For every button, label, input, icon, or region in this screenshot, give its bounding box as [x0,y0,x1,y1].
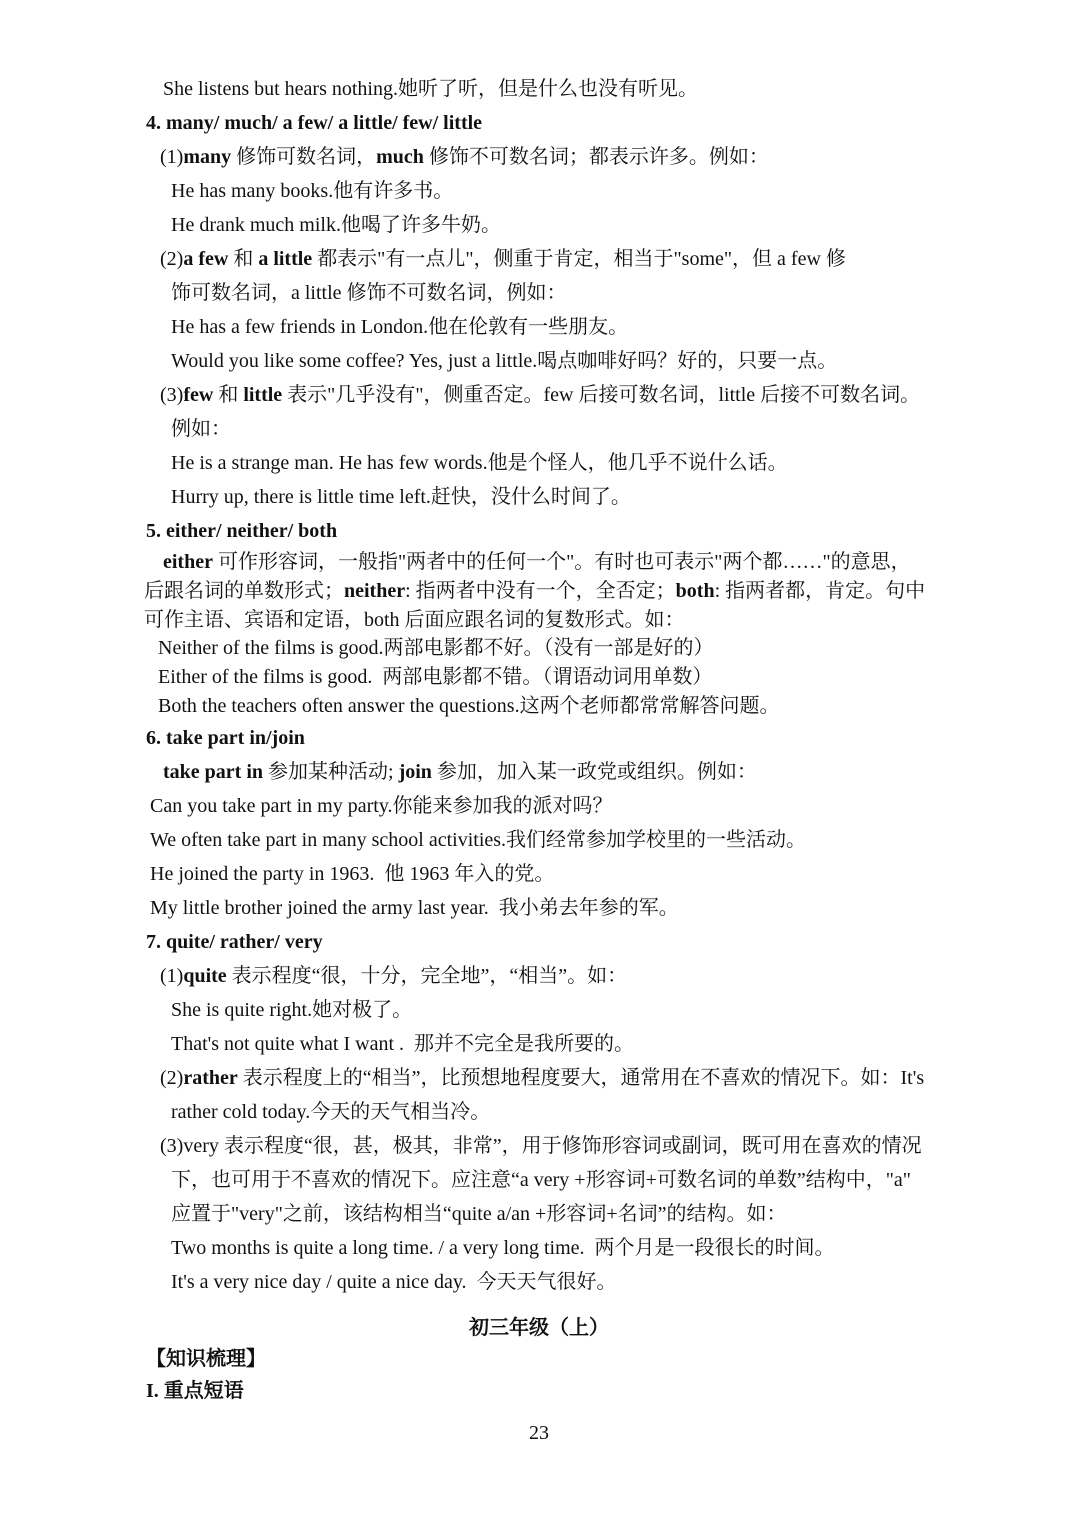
text-segment: (2) [160,1067,183,1089]
emphasis-text: join [399,761,432,783]
text-line: (1)quite 表示程度“很，十分，完全地”，“相当”。如： [144,959,1080,993]
text-line: (3)few 和 little 表示"几乎没有"，侧重否定。few 后接可数名词… [144,378,1080,412]
text-segment: Neither of the films is good.两部电影都不好。（没有… [158,637,714,659]
text-segment: 表示程度“很，十分，完全地”，“相当”。如： [227,965,628,987]
text-line: 后跟名词的单数形式；neither: 指两者中没有一个，全否定；both: 指两… [144,577,1080,606]
page-number: 23 [144,1416,934,1450]
text-segment: 【知识梳理】 [146,1348,266,1370]
text-line: take part in 参加某种活动; join 参加，加入某一政党或组织。例… [144,755,1080,789]
text-line: Two months is quite a long time. / a ver… [144,1231,1080,1265]
text-segment: Hurry up, there is little time left.赶快，没… [171,486,631,508]
document-body: She listens but hears nothing.她听了听，但是什么也… [0,0,1080,1408]
text-line: (2)a few 和 a little 都表示"有一点儿"，侧重于肯定，相当于"… [144,242,1080,276]
emphasis-text: neither [344,580,405,602]
text-segment: 可作主语、宾语和定语，both 后面应跟名词的复数形式。如： [144,609,685,631]
text-segment: 都表示"有一点儿"，侧重于肯定，相当于"some"，但 a few 修 [312,248,846,270]
text-segment: (2) [160,248,183,270]
text-segment: She listens but hears nothing.她听了听，但是什么也… [163,78,698,100]
text-segment: It's a very nice day / quite a nice day.… [171,1271,617,1293]
text-segment: 7. quite/ rather/ very [146,931,323,953]
text-line: 应置于"very"之前，该结构相当“quite a/an +形容词+名词”的结构… [144,1197,1080,1231]
text-segment: 参加，加入某一政党或组织。例如： [432,761,757,783]
text-segment: 表示"几乎没有"，侧重否定。few 后接可数名词，little 后接不可数名词。 [282,384,920,406]
text-line: Both the teachers often answer the quest… [144,692,1080,721]
text-segment: My little brother joined the army last y… [150,897,679,919]
text-segment: He has a few friends in London.他在伦敦有一些朋友… [171,316,628,338]
text-segment: I. 重点短语 [146,1380,244,1402]
text-line: My little brother joined the army last y… [144,891,1080,925]
text-segment: 5. either/ neither/ both [146,520,337,542]
text-segment: 例如： [171,418,231,440]
text-segment: 下，也可用于不喜欢的情况下。应注意“a very +形容词+可数名词的单数”结构… [171,1169,911,1191]
text-segment: We often take part in many school activi… [150,829,806,851]
knowledge-review-heading: 【知识梳理】 [144,1345,1080,1374]
text-segment: (3) [160,384,183,406]
text-line: 饰可数名词，a little 修饰不可数名词，例如： [144,276,1080,310]
text-segment: 修饰可数名词， [231,146,376,168]
text-line: Either of the films is good. 两部电影都不错。（谓语… [144,663,1080,692]
text-segment: 饰可数名词，a little 修饰不可数名词，例如： [171,282,567,304]
section-heading-4: 4. many/ much/ a few/ a little/ few/ lit… [144,106,1080,140]
text-line: He has a few friends in London.他在伦敦有一些朋友… [144,310,1080,344]
text-line: Hurry up, there is little time left.赶快，没… [144,480,1080,514]
text-line: (3)very 表示程度“很，甚，极其，非常”，用于修饰形容词或副词，既可用在喜… [144,1129,1080,1163]
text-segment: 表示程度上的“相当”，比预想地程度要大，通常用在不喜欢的情况下。如：It's [238,1067,924,1089]
emphasis-text: either [163,551,213,573]
section-heading-6: 6. take part in/join [144,721,1080,755]
text-line: Neither of the films is good.两部电影都不好。（没有… [144,634,1080,663]
text-line: 可作主语、宾语和定语，both 后面应跟名词的复数形式。如： [144,606,1080,635]
text-segment: 6. take part in/join [146,727,305,749]
text-line: She listens but hears nothing.她听了听，但是什么也… [144,72,1080,106]
text-segment: rather cold today.今天的天气相当冷。 [171,1101,490,1123]
grade-title: 初三年级（上） [144,1311,934,1345]
section-heading-7: 7. quite/ rather/ very [144,925,1080,959]
emphasis-text: much [376,146,424,168]
text-segment: Two months is quite a long time. / a ver… [171,1237,835,1259]
text-line: He is a strange man. He has few words.他是… [144,446,1080,480]
text-segment: Both the teachers often answer the quest… [158,695,780,717]
text-segment: He has many books.他有许多书。 [171,180,453,202]
text-line: Would you like some coffee? Yes, just a … [144,344,1080,378]
text-segment: He is a strange man. He has few words.他是… [171,452,788,474]
emphasis-text: quite [183,965,226,987]
text-line: either 可作形容词，一般指"两者中的任何一个"。有时也可表示"两个都……"… [144,548,1080,577]
text-segment: (3)very 表示程度“很，甚，极其，非常”，用于修饰形容词或副词，既可用在喜… [160,1135,922,1157]
text-segment: 参加某种活动; [263,761,399,783]
emphasis-text: a little [258,248,312,270]
text-segment: She is quite right.她对极了。 [171,999,412,1021]
text-segment: 后跟名词的单数形式； [144,580,344,602]
text-line: She is quite right.她对极了。 [144,993,1080,1027]
text-segment: Either of the films is good. 两部电影都不错。（谓语… [158,666,712,688]
text-segment: That's not quite what I want . 那并不完全是我所要… [171,1033,634,1055]
text-segment: 初三年级（上） [469,1317,609,1339]
text-line: He drank much milk.他喝了许多牛奶。 [144,208,1080,242]
emphasis-text: a few [183,248,228,270]
text-segment: 4. many/ much/ a few/ a little/ few/ lit… [146,112,482,134]
text-segment: Can you take part in my party.你能来参加我的派对吗… [150,795,613,817]
emphasis-text: many [183,146,231,168]
text-segment: : 指两者都，肯定。句中 [715,580,926,602]
text-segment: 和 [228,248,258,270]
emphasis-text: few [183,384,213,406]
text-segment: Would you like some coffee? Yes, just a … [171,350,837,372]
text-line: rather cold today.今天的天气相当冷。 [144,1095,1080,1129]
text-segment: 和 [213,384,243,406]
text-line: He joined the party in 1963. 他 1963 年入的党… [144,857,1080,891]
text-segment: (1) [160,965,183,987]
text-segment: : 指两者中没有一个，全否定； [405,580,676,602]
text-segment: 应置于"very"之前，该结构相当“quite a/an +形容词+名词”的结构… [171,1203,786,1225]
text-line: 例如： [144,412,1080,446]
emphasis-text: take part in [163,761,263,783]
text-segment: He joined the party in 1963. 他 1963 年入的党… [150,863,554,885]
text-segment: He drank much milk.他喝了许多牛奶。 [171,214,501,236]
text-segment: (1) [160,146,183,168]
section-heading-5: 5. either/ neither/ both [144,514,1080,548]
text-line: That's not quite what I want . 那并不完全是我所要… [144,1027,1080,1061]
text-line: (2)rather 表示程度上的“相当”，比预想地程度要大，通常用在不喜欢的情况… [144,1061,1080,1095]
text-segment: 修饰不可数名词；都表示许多。例如： [424,146,769,168]
text-line: It's a very nice day / quite a nice day.… [144,1265,1080,1299]
emphasis-text: rather [183,1067,237,1089]
key-phrases-heading: I. 重点短语 [144,1374,1080,1408]
document-page: She listens but hears nothing.她听了听，但是什么也… [0,0,1080,1527]
text-line: Can you take part in my party.你能来参加我的派对吗… [144,789,1080,823]
text-line: (1)many 修饰可数名词，much 修饰不可数名词；都表示许多。例如： [144,140,1080,174]
text-line: He has many books.他有许多书。 [144,174,1080,208]
emphasis-text: both [676,580,715,602]
text-line: 下，也可用于不喜欢的情况下。应注意“a very +形容词+可数名词的单数”结构… [144,1163,1080,1197]
text-segment: 可作形容词，一般指"两者中的任何一个"。有时也可表示"两个都……"的意思， [213,551,911,573]
text-line: We often take part in many school activi… [144,823,1080,857]
emphasis-text: little [243,384,282,406]
